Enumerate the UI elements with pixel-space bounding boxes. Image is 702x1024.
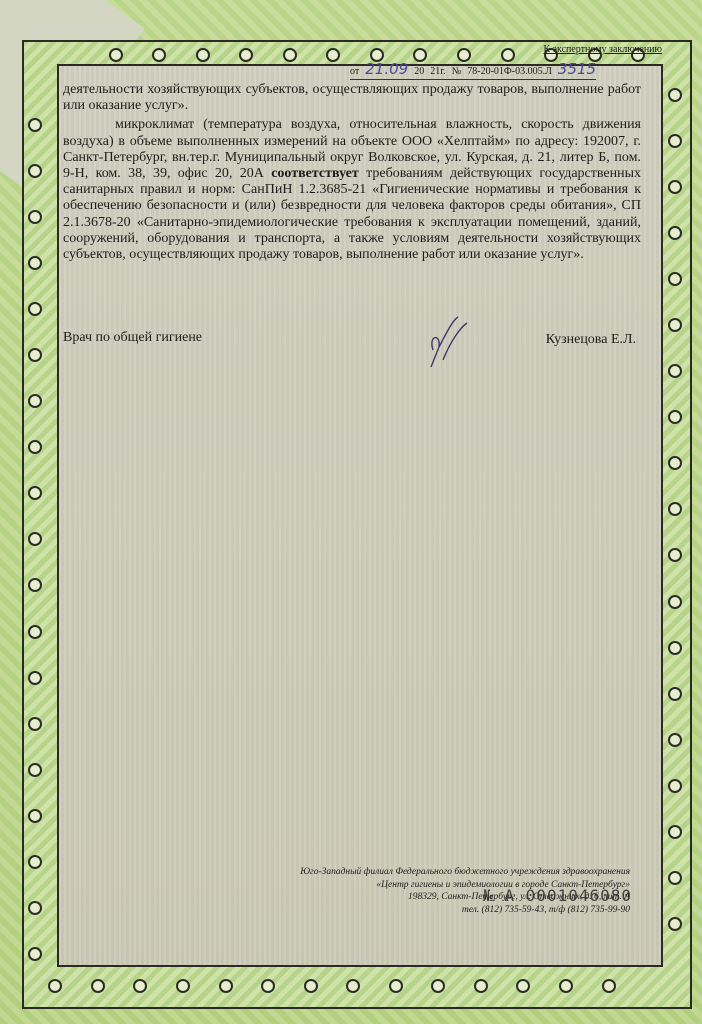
border-bottom-knots bbox=[34, 979, 630, 997]
signature-block: Врач по общей гигиене Кузнецова Е.Л. bbox=[63, 325, 636, 385]
year: 21г. bbox=[430, 66, 445, 77]
number-sign: № bbox=[452, 66, 462, 77]
paragraph-continuation: деятельности хозяйствующих субъектов, ос… bbox=[63, 82, 641, 114]
form-serial-number: № А 0001046080 bbox=[483, 886, 632, 905]
ref-number: 78-20-01Ф-03.005.Л bbox=[467, 66, 552, 77]
handwritten-signature-icon bbox=[423, 315, 473, 375]
conclusion-verdict: соответствует bbox=[271, 166, 359, 181]
border-left-knots bbox=[28, 102, 46, 977]
reference-line: от 21.09 20 21г. № 78-20-01Ф-03.005.Л 35… bbox=[350, 60, 596, 80]
ref-prefix: от bbox=[350, 66, 359, 77]
handwritten-date: 21.09 bbox=[365, 60, 408, 78]
document-body: деятельности хозяйствующих субъектов, ос… bbox=[63, 82, 641, 263]
annex-note: К экспертному заключению bbox=[544, 44, 663, 55]
border-right-knots bbox=[668, 72, 686, 947]
handwritten-number: 3515 bbox=[558, 60, 596, 78]
signer-name: Кузнецова Е.Л. bbox=[546, 332, 636, 348]
signer-position: Врач по общей гигиене bbox=[63, 330, 202, 346]
year-prefix: 20 bbox=[414, 66, 424, 77]
paragraph-conclusion: микроклимат (температура воздуха, относи… bbox=[63, 117, 641, 263]
certificate-sheet: К экспертному заключению от 21.09 20 21г… bbox=[0, 0, 702, 1024]
